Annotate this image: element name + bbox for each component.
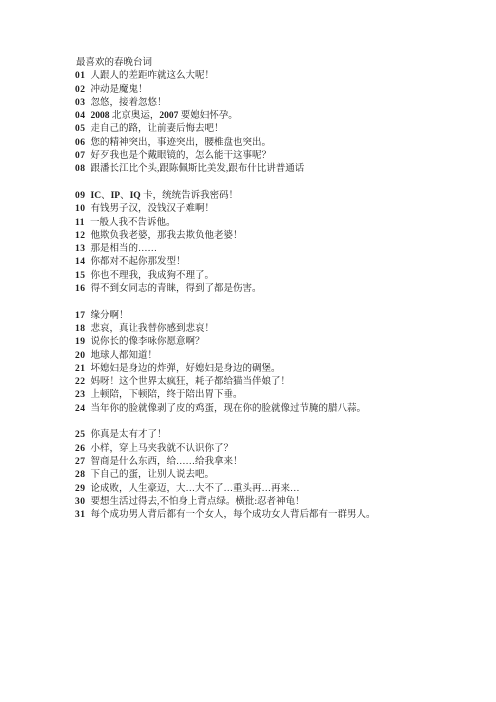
quote-line: 29论成败，人生豪迈，大…大不了…重头再…再来… xyxy=(75,483,468,496)
line-number: 10 xyxy=(75,204,86,214)
line-number: 03 xyxy=(75,98,86,108)
line-number: 05 xyxy=(75,124,86,134)
quote-section: 25你真是太有才了！26小样，穿上马夹我就不认识你了？27智商是什么东西，给……… xyxy=(75,429,468,522)
quote-line: 16得不到女同志的青睐，得到了都是伤害。 xyxy=(75,283,468,296)
quote-section: 17缘分啊！18悲哀，真让我替你感到悲哀！19说你长的像李咏你愿意啊？20地球人… xyxy=(75,310,468,416)
line-number: 08 xyxy=(75,164,86,174)
line-number: 24 xyxy=(75,404,86,414)
line-number: 15 xyxy=(75,271,86,281)
line-text: 您的精神突出，事迹突出，腰椎盘也突出。 xyxy=(91,138,272,148)
line-number: 18 xyxy=(75,324,86,334)
line-number: 22 xyxy=(75,377,86,387)
line-text: 小样，穿上马夹我就不认识你了？ xyxy=(91,444,234,454)
line-number: 09 xyxy=(75,191,86,201)
line-number: 11 xyxy=(75,218,85,228)
line-text: 你真是太有才了！ xyxy=(91,430,167,440)
line-number: 25 xyxy=(75,430,86,440)
line-text: 缘分啊！ xyxy=(91,311,129,321)
line-text: 悲哀，真让我替你感到悲哀！ xyxy=(91,324,215,334)
quote-line: 06您的精神突出，事迹突出，腰椎盘也突出。 xyxy=(75,137,468,150)
quote-line: 12他欺负我老婆，那我去欺负他老婆！ xyxy=(75,230,468,243)
line-number: 30 xyxy=(75,497,86,507)
quote-line: 23上顿陪，下顿陪，终于陪出胃下垂。 xyxy=(75,389,468,402)
line-text: 坏媳妇是身边的炸弹，好媳妇是身边的碉堡。 xyxy=(91,364,281,374)
quote-line: 042008 北京奥运，2007 要媳妇怀孕。 xyxy=(75,110,468,123)
line-text: 跟潘长江比个头,跟陈佩斯比美发,跟布什比讲普通话 xyxy=(91,164,305,174)
line-text: 走自己的路，让前妻后悔去吧！ xyxy=(91,124,224,134)
quote-line: 31每个成功男人背后都有一个女人，每个成功女人背后都有一群男人。 xyxy=(75,509,468,522)
quote-line: 09IC、IP、IQ 卡，统统告诉我密码！ xyxy=(75,190,468,203)
line-number: 21 xyxy=(75,364,86,374)
line-number: 28 xyxy=(75,470,86,480)
line-list: 01人跟人的差距咋就这么大呢！02冲动是魔鬼！03忽悠，接着忽悠！042008 … xyxy=(75,70,468,522)
quote-line: 01人跟人的差距咋就这么大呢！ xyxy=(75,70,468,83)
quote-line: 28下自己的蛋，让别人说去吧。 xyxy=(75,469,468,482)
line-text: 有钱男子汉，没钱汉子难啊！ xyxy=(91,204,215,214)
quote-line: 10有钱男子汉，没钱汉子难啊！ xyxy=(75,203,468,216)
line-text: 2008 北京奥运，2007 要媳妇怀孕。 xyxy=(91,111,238,121)
line-number: 19 xyxy=(75,337,86,347)
quote-line: 27智商是什么东西，给……给我拿来！ xyxy=(75,456,468,469)
line-number: 26 xyxy=(75,444,86,454)
quote-line: 05走自己的路，让前妻后悔去吧！ xyxy=(75,123,468,136)
line-text: 上顿陪，下顿陪，终于陪出胃下垂。 xyxy=(91,390,243,400)
quote-line: 03忽悠，接着忽悠！ xyxy=(75,97,468,110)
line-text: 妈呀！这个世界太疯狂，耗子都给猫当伴娘了！ xyxy=(91,377,291,387)
line-text: 你都对不起你那发型！ xyxy=(91,257,186,267)
document-title: 最喜欢的春晚台词 xyxy=(75,57,468,70)
quote-line: 17缘分啊！ xyxy=(75,310,468,323)
line-number: 06 xyxy=(75,138,86,148)
line-number: 02 xyxy=(75,85,86,95)
quote-line: 21坏媳妇是身边的炸弹，好媳妇是身边的碉堡。 xyxy=(75,363,468,376)
quote-line: 22妈呀！这个世界太疯狂，耗子都给猫当伴娘了！ xyxy=(75,376,468,389)
quote-line: 20地球人都知道！ xyxy=(75,350,468,363)
line-number: 13 xyxy=(75,244,86,254)
quote-line: 11一般人我不告诉他。 xyxy=(75,217,468,230)
line-text: 说你长的像李咏你愿意啊？ xyxy=(91,337,205,347)
line-text: 论成败，人生豪迈，大…大不了…重头再…再来… xyxy=(91,484,300,494)
line-number: 01 xyxy=(75,71,86,81)
line-number: 31 xyxy=(75,510,86,520)
line-text: 每个成功男人背后都有一个女人，每个成功女人背后都有一群男人。 xyxy=(91,510,376,520)
quote-line: 07好歹我也是个戴眼镜的，怎么能干这事呢？ xyxy=(75,150,468,163)
quote-line: 02冲动是魔鬼！ xyxy=(75,84,468,97)
line-number: 27 xyxy=(75,457,86,467)
quote-line: 15你也不理我，我成狗不理了。 xyxy=(75,270,468,283)
line-text: 冲动是魔鬼！ xyxy=(91,85,148,95)
line-text: 要想生活过得去,不怕身上背点绿。横批:忍者神龟！ xyxy=(91,497,305,507)
line-text: 智商是什么东西，给……给我拿来！ xyxy=(91,457,243,467)
quote-line: 14你都对不起你那发型！ xyxy=(75,256,468,269)
line-text: 那是相当的…… xyxy=(91,244,158,254)
line-text: 当年你的脸就像剥了皮的鸡蛋，现在你的脸就像过节腌的腊八蒜。 xyxy=(91,404,367,414)
quote-line: 08跟潘长江比个头,跟陈佩斯比美发,跟布什比讲普通话 xyxy=(75,163,468,176)
quote-line: 19说你长的像李咏你愿意啊？ xyxy=(75,336,468,349)
quote-line: 25你真是太有才了！ xyxy=(75,429,468,442)
line-number: 16 xyxy=(75,284,86,294)
quote-section: 01人跟人的差距咋就这么大呢！02冲动是魔鬼！03忽悠，接着忽悠！042008 … xyxy=(75,70,468,176)
line-number: 07 xyxy=(75,151,86,161)
quote-section: 09IC、IP、IQ 卡，统统告诉我密码！10有钱男子汉，没钱汉子难啊！11一般… xyxy=(75,190,468,296)
quote-line: 13那是相当的…… xyxy=(75,243,468,256)
line-number: 29 xyxy=(75,484,86,494)
line-text: 一般人我不告诉他。 xyxy=(90,218,176,228)
line-text: 得不到女同志的青睐，得到了都是伤害。 xyxy=(91,284,262,294)
line-number: 23 xyxy=(75,390,86,400)
line-text: 他欺负我老婆，那我去欺负他老婆！ xyxy=(91,231,243,241)
line-text: 你也不理我，我成狗不理了。 xyxy=(91,271,215,281)
document-page: 最喜欢的春晚台词 01人跟人的差距咋就这么大呢！02冲动是魔鬼！03忽悠，接着忽… xyxy=(0,0,496,702)
line-text: 忽悠，接着忽悠！ xyxy=(91,98,167,108)
line-text: 地球人都知道！ xyxy=(91,351,158,361)
quote-line: 24当年你的脸就像剥了皮的鸡蛋，现在你的脸就像过节腌的腊八蒜。 xyxy=(75,403,468,416)
quote-line: 26小样，穿上马夹我就不认识你了？ xyxy=(75,443,468,456)
line-number: 17 xyxy=(75,311,86,321)
quote-line: 18悲哀，真让我替你感到悲哀！ xyxy=(75,323,468,336)
line-text: 下自己的蛋，让别人说去吧。 xyxy=(91,470,215,480)
line-number: 20 xyxy=(75,351,86,361)
quote-line: 30要想生活过得去,不怕身上背点绿。横批:忍者神龟！ xyxy=(75,496,468,509)
line-text: IC、IP、IQ 卡，统统告诉我密码！ xyxy=(91,191,239,201)
line-text: 好歹我也是个戴眼镜的，怎么能干这事呢？ xyxy=(91,151,272,161)
line-number: 04 xyxy=(75,111,86,121)
line-number: 14 xyxy=(75,257,86,267)
line-number: 12 xyxy=(75,231,86,241)
line-text: 人跟人的差距咋就这么大呢！ xyxy=(91,71,215,81)
